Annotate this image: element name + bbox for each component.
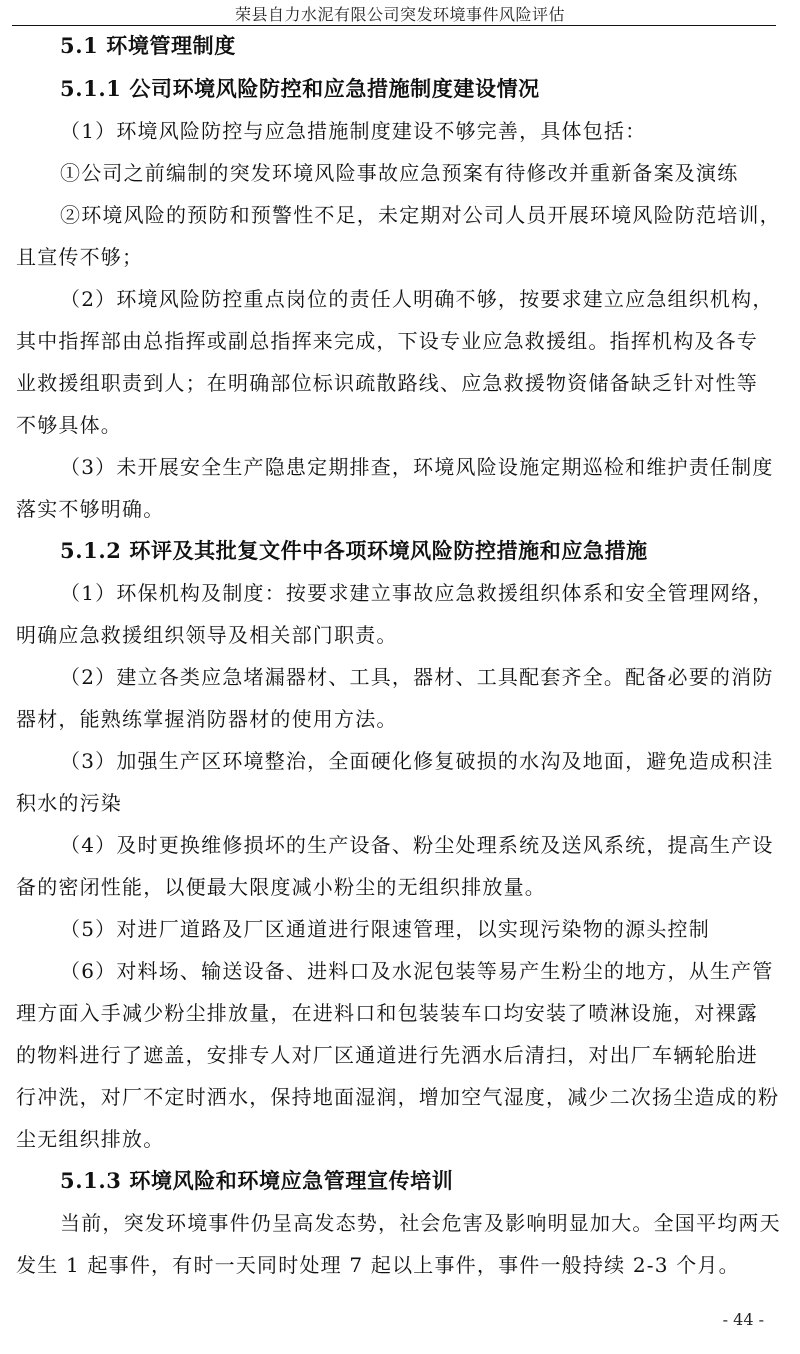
document-title: 荣县自力水泥有限公司突发环境事件风险评估: [0, 2, 800, 25]
paragraph-line: 发生 1 起事件，有时一天同时处理 7 起以上事件，事件一般持续 2-3 个月。: [16, 1251, 756, 1279]
paragraph-line: ②环境风险的预防和预警性不足，未定期对公司人员开展环境风险防范培训，: [60, 201, 760, 229]
paragraph-line: （2）建立各类应急堵漏器材、工具，器材、工具配套齐全。配备必要的消防: [60, 663, 760, 691]
paragraph-line: 落实不够明确。: [16, 495, 756, 523]
paragraph-line: 当前，突发环境事件仍呈高发态势，社会危害及影响明显加大。全国平均两天: [60, 1209, 760, 1237]
paragraph-line: 行冲洗，对厂不定时洒水，保持地面湿润，增加空气湿度，减少二次扬尘造成的粉: [16, 1083, 756, 1111]
paragraph-line: ①公司之前编制的突发环境风险事故应急预案有待修改并重新备案及演练: [60, 159, 760, 187]
paragraph-line: （4）及时更换维修损坏的生产设备、粉尘处理系统及送风系统，提高生产设: [60, 831, 760, 859]
paragraph-line: （1）环境风险防控与应急措施制度建设不够完善，具体包括：: [60, 117, 760, 145]
paragraph-line: （1）环保机构及制度：按要求建立事故应急救援组织体系和安全管理网络，: [60, 579, 760, 607]
section-heading-5-1-1: 5.1.1 公司环境风险防控和应急措施制度建设情况: [60, 75, 760, 103]
paragraph-line: 业救援组职责到人；在明确部位标识疏散路线、应急救援物资储备缺乏针对性等: [16, 369, 756, 397]
paragraph-line: （5）对进厂道路及厂区通道进行限速管理，以实现污染物的源头控制: [60, 915, 760, 943]
paragraph-line: 理方面入手减少粉尘排放量，在进料口和包装装车口均安装了喷淋设施，对裸露: [16, 999, 756, 1027]
paragraph-line: （6）对料场、输送设备、进料口及水泥包装等易产生粉尘的地方，从生产管: [60, 957, 760, 985]
paragraph-line: 器材，能熟练掌握消防器材的使用方法。: [16, 705, 756, 733]
paragraph-line: 的物料进行了遮盖，安排专人对厂区通道进行先洒水后清扫，对出厂车辆轮胎进: [16, 1041, 756, 1069]
section-heading-5-1-2: 5.1.2 环评及其批复文件中各项环境风险防控措施和应急措施: [60, 537, 760, 565]
paragraph-line: 其中指挥部由总指挥或副总指挥来完成，下设专业应急救援组。指挥机构及各专: [16, 327, 756, 355]
section-heading-5-1-3: 5.1.3 环境风险和环境应急管理宣传培训: [60, 1167, 760, 1195]
paragraph-line: 尘无组织排放。: [16, 1125, 756, 1153]
paragraph-line: 且宣传不够；: [16, 243, 756, 271]
paragraph-line: 不够具体。: [16, 411, 756, 439]
paragraph-line: （3）加强生产区环境整治，全面硬化修复破损的水沟及地面，避免造成积洼: [60, 747, 760, 775]
paragraph-line: 明确应急救援组织领导及相关部门职责。: [16, 621, 756, 649]
page-number: - 44 -: [723, 1310, 764, 1329]
paragraph-line: （3）未开展安全生产隐患定期排查，环境风险设施定期巡检和维护责任制度: [60, 453, 760, 481]
paragraph-line: （2）环境风险防控重点岗位的责任人明确不够，按要求建立应急组织机构，: [60, 285, 760, 313]
header-divider: [12, 25, 776, 26]
section-heading-5-1: 5.1 环境管理制度: [60, 32, 760, 60]
paragraph-line: 积水的污染: [16, 789, 756, 817]
paragraph-line: 备的密闭性能，以便最大限度减小粉尘的无组织排放量。: [16, 873, 756, 901]
